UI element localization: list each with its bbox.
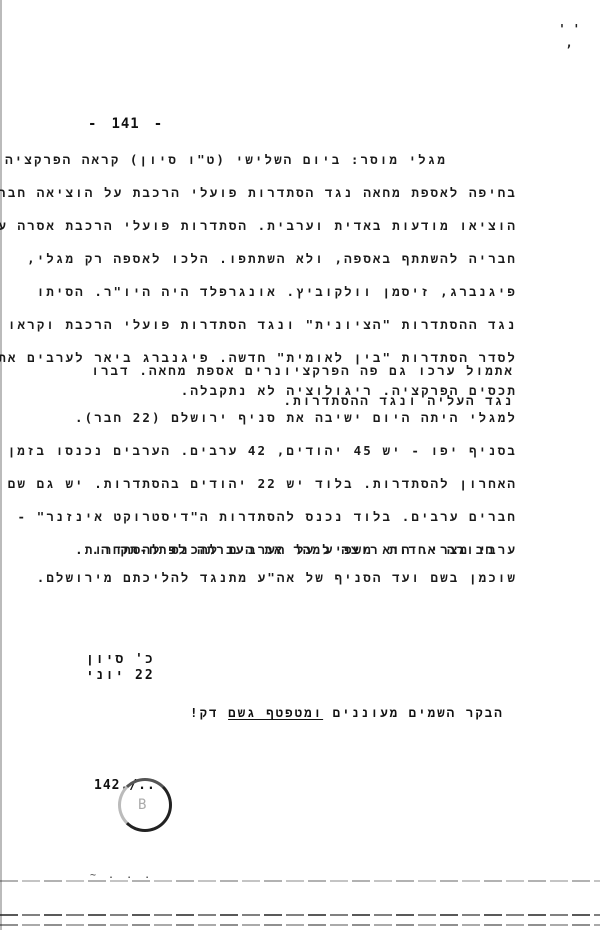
weather-suffix: דק! [190, 705, 228, 720]
text-line: נגד ההסתדרות "הציונית" ונגד הסתדרות פועל… [8, 317, 517, 333]
scan-artifact: ' ' , [558, 22, 580, 50]
text-line: בסניף יפו - יש 45 יהודים, 42 ערבים. הערב… [8, 443, 517, 459]
stamp-label: B [138, 797, 146, 813]
weather-prefix: הבקר השמים מעוננים [323, 705, 504, 720]
text-line: למגלי היתה היום ישיבה את סניף ירושלם (22… [75, 410, 517, 426]
page-dash-right: - [154, 116, 163, 132]
weather-underlined: ומטפטף גשם [228, 705, 323, 720]
text-line: חברים ערבים. בלוד נכנס להסתדרות ה"דיסטרו… [17, 509, 517, 525]
date-hebrew: כ' סיון [86, 652, 155, 667]
text-line: הוציאו מודעות באדית וערבית. הסתדרות פועל… [0, 218, 517, 234]
text-line: פיגנברג, זיסמן וולקוביץ. אונגרפלד היה הי… [37, 284, 517, 300]
page-dash-left: - [88, 116, 97, 132]
text-line: מגלי מוסר: ביום השלישי (ט"ו סיון) קראה ה… [5, 152, 447, 168]
weather-note: הבקר השמים מעוננים ומטפטף גשם דק! [190, 705, 504, 721]
date-gregorian: 22 יוני [86, 668, 155, 683]
text-line: חבריה להשתתף באספה, ולא השתתפו. הלכו לאס… [27, 251, 517, 267]
scan-rule [0, 914, 600, 916]
text-line: שוכמן בשם ועד הסניף של אה"ע מתנגד להליכת… [37, 570, 517, 586]
text-line: נגד העליה ונגד ההסתדרות. [283, 393, 514, 409]
scan-edge [0, 0, 2, 930]
text-line: אתמול ערכו גם פה הפרקציונרים אספת מחאה. … [91, 363, 514, 379]
text-line: האחרון להסתדרות. בלוד יש 22 יהודים בהסתד… [8, 476, 517, 492]
page-number: -141- [74, 116, 177, 132]
text-line: חבורה אחדות רוצה למהר את העברתה לפתח-תקו… [92, 542, 495, 558]
page-number-value: 141 [111, 116, 139, 132]
scan-rule [0, 880, 600, 882]
text-line: בחיפה לאספת מחאה נגד הסתדרות פועלי הרכבת… [0, 185, 517, 201]
scan-rule [0, 924, 600, 926]
